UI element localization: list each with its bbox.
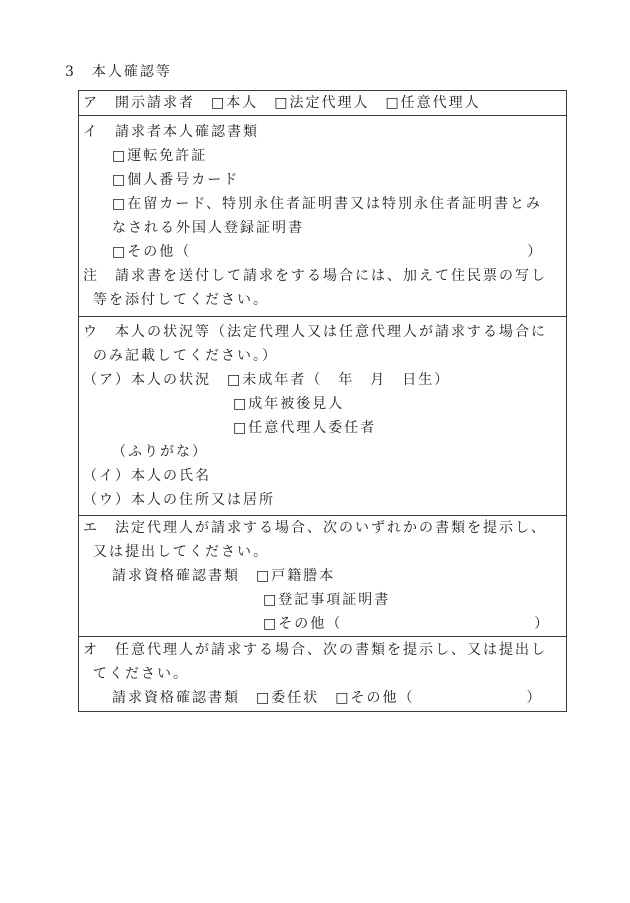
voluntary-agent-header-line1: オ 任意代理人が請求する場合、次の書類を提示し、又は提出し [79,638,566,662]
furigana-label: （ふりがな） [79,440,566,464]
checkbox-residence-card-line1: □在留カード、特別永住者証明書又は特別永住者証明書とみ [79,192,566,216]
requester-type-line: ア 開示請求者 □本人 □法定代理人 □任意代理人 [79,91,566,115]
checkbox-other-docs: □その他（ ） [79,240,566,264]
voluntary-agent-header-line2: てください。 [79,662,566,686]
principal-status-header-line1: ウ 本人の状況等（法定代理人又は任意代理人が請求する場合に [79,320,566,344]
table-row-o: オ 任意代理人が請求する場合、次の書類を提示し、又は提出し てください。 請求資… [79,636,566,711]
note-line2: 等を添付してください。 [79,288,566,312]
checkbox-my-number-card: □個人番号カード [79,168,566,192]
checkbox-voluntary-delegator: □任意代理人委任者 [79,416,566,440]
table-row-i: イ 請求者本人確認書類 □運転免許証 □個人番号カード □在留カード、特別永住者… [79,115,566,316]
legal-agent-header-line2: 又は提出してください。 [79,540,566,564]
checkbox-drivers-license: □運転免許証 [79,144,566,168]
checkbox-adult-ward: □成年被後見人 [79,392,566,416]
principal-address-label: （ウ）本人の住所又は居所 [79,488,566,512]
checkbox-family-register-line: 請求資格確認書類 □戸籍謄本 [79,564,566,588]
checkbox-minor-line: （ア）本人の状況 □未成年者（ 年 月 日生） [79,368,566,392]
document-page: 3 本人確認等 ア 開示請求者 □本人 □法定代理人 □任意代理人 イ 請求者本… [0,0,630,903]
table-row-u: ウ 本人の状況等（法定代理人又は任意代理人が請求する場合に のみ記載してください… [79,316,566,515]
identity-confirmation-table: ア 開示請求者 □本人 □法定代理人 □任意代理人 イ 請求者本人確認書類 □運… [78,90,567,712]
checkbox-residence-card-line2: なされる外国人登録証明書 [79,216,566,240]
checkbox-registry-certificate: □登記事項証明書 [79,588,566,612]
principal-status-header-line2: のみ記載してください。） [79,344,566,368]
checkbox-poa-line: 請求資格確認書類 □委任状 □その他（ ） [79,686,566,710]
note-line1: 注 請求書を送付して請求をする場合には、加えて住民票の写し [79,264,566,288]
principal-name-label: （イ）本人の氏名 [79,464,566,488]
table-row-a: ア 開示請求者 □本人 □法定代理人 □任意代理人 [79,91,566,115]
identity-docs-header: イ 請求者本人確認書類 [79,120,566,144]
section-heading: 3 本人確認等 [65,60,172,84]
table-row-e: エ 法定代理人が請求する場合、次のいずれかの書類を提示し、 又は提出してください… [79,515,566,636]
checkbox-other-qualification: □その他（ ） [79,612,566,636]
legal-agent-header-line1: エ 法定代理人が請求する場合、次のいずれかの書類を提示し、 [79,516,566,540]
